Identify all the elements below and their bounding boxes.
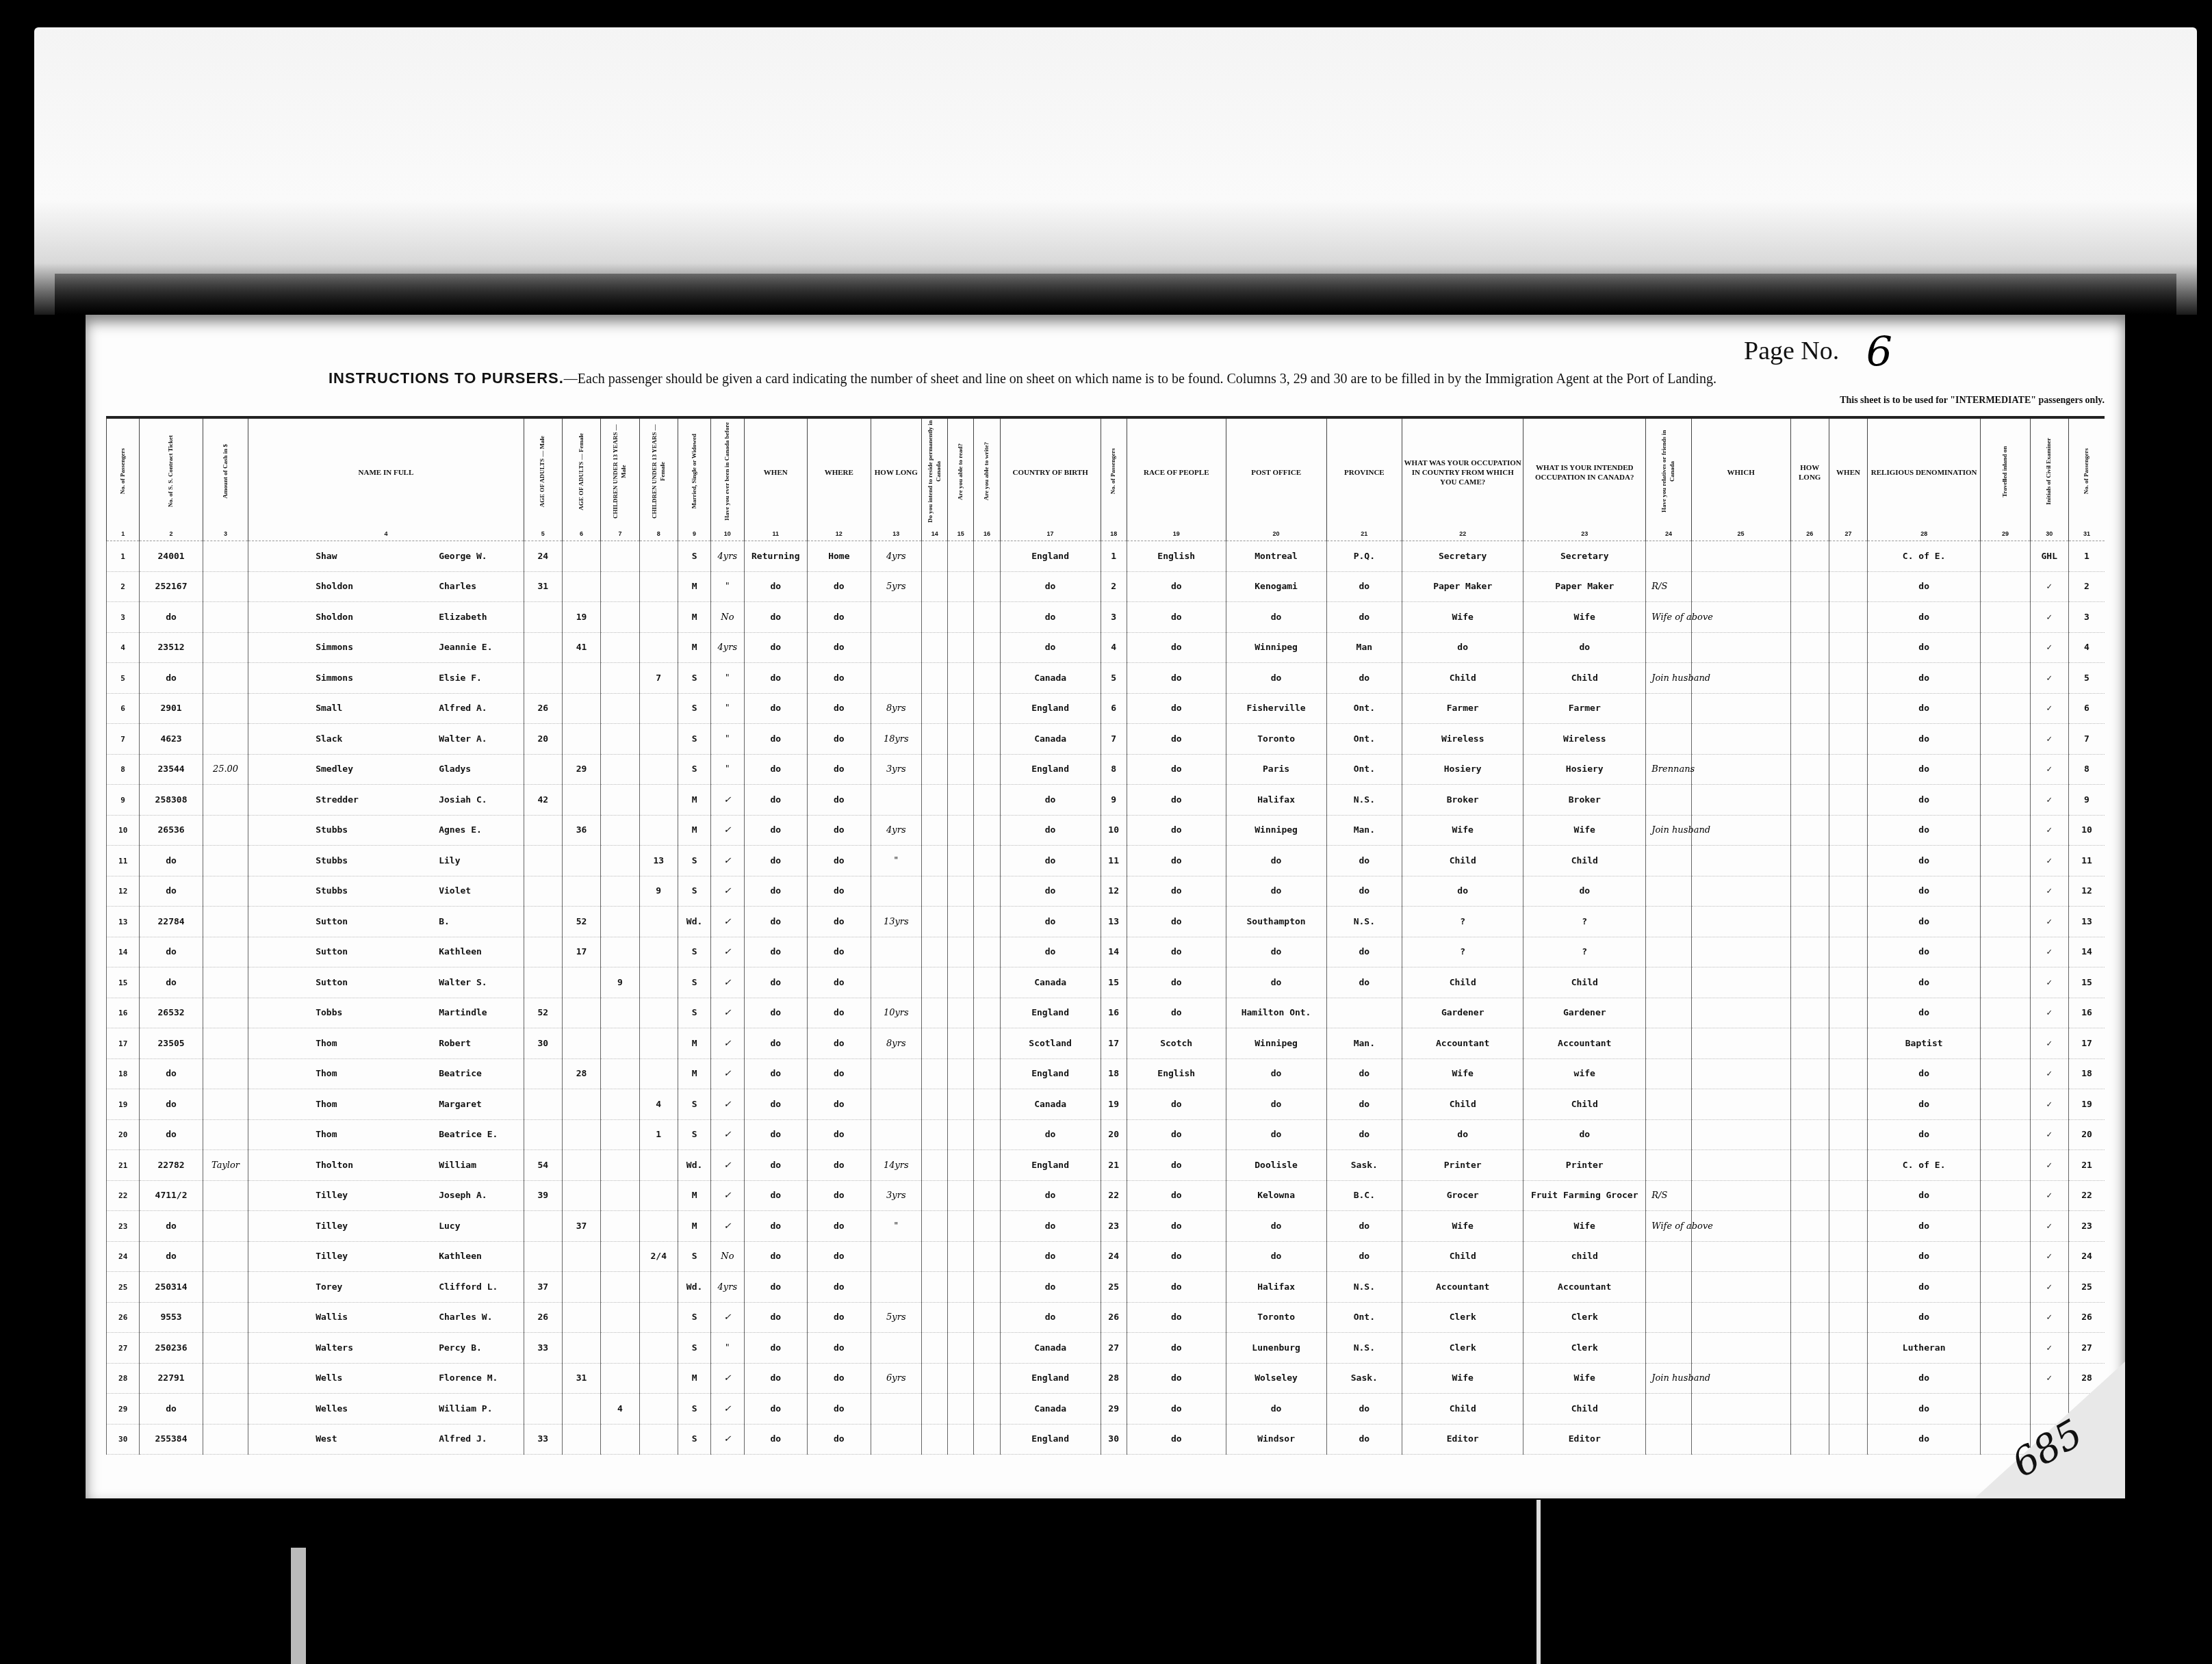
cell-f [562, 1089, 600, 1120]
cell-prov: do [1326, 967, 1402, 998]
cell-c26 [1790, 785, 1829, 816]
cell-c29 [1981, 571, 2030, 602]
cell-howlong [871, 937, 921, 967]
cell-c18: 21 [1101, 1150, 1127, 1181]
cell-c25 [1691, 876, 1790, 907]
cell-c26 [1790, 1180, 1829, 1211]
cell-ticket: 26536 [140, 815, 203, 846]
cell-c16 [974, 1272, 1000, 1303]
cell-cash [203, 876, 248, 907]
column-header-22: WHAT WAS YOUR OCCUPATION IN COUNTRY FROM… [1402, 419, 1523, 527]
cell-howlong: 6yrs [871, 1363, 921, 1394]
cell-remark [1646, 724, 1691, 755]
cell-religion: do [1868, 1363, 1981, 1394]
cell-c18: 18 [1101, 1058, 1127, 1089]
cell-c18: 16 [1101, 998, 1127, 1028]
cell-examiner: ✓ [2030, 663, 2068, 694]
cell-religion: do [1868, 1394, 1981, 1425]
cell-c25 [1691, 1241, 1790, 1272]
cell-no: 1 [107, 541, 140, 572]
cell-c27 [1829, 1241, 1867, 1272]
column-header-14: Do you intend to reside permanently in C… [922, 419, 948, 527]
cell-c29 [1981, 1211, 2030, 1242]
cell-c31: 7 [2068, 724, 2105, 755]
cell-m [524, 632, 562, 663]
column-header-19: RACE OF PEOPLE [1127, 419, 1226, 527]
cell-religion: do [1868, 602, 1981, 633]
cell-race: do [1127, 1150, 1226, 1181]
given-name: Elizabeth [439, 612, 487, 623]
cell-post: do [1226, 663, 1326, 694]
column-number: 9 [678, 527, 710, 541]
cell-post: do [1226, 1241, 1326, 1272]
cell-cf [639, 1363, 678, 1394]
cell-where: do [808, 907, 871, 937]
cell-c31: 14 [2068, 937, 2105, 967]
cell-c27 [1829, 1028, 1867, 1059]
cell-where: do [808, 1241, 871, 1272]
cell-post: Fisherville [1226, 693, 1326, 724]
cell-c16 [974, 1424, 1000, 1455]
cell-before: ✓ [711, 1119, 744, 1150]
cell-c16 [974, 846, 1000, 876]
cell-howlong: 5yrs [871, 571, 921, 602]
cell-ticket: 250236 [140, 1333, 203, 1364]
cell-before: ✓ [711, 998, 744, 1028]
cell-status: M [678, 632, 710, 663]
cell-occ_to: Farmer [1523, 693, 1646, 724]
cell-c16 [974, 1241, 1000, 1272]
cell-c14 [922, 1302, 948, 1333]
cell-occ_from: Farmer [1402, 693, 1523, 724]
cell-cm [601, 1424, 639, 1455]
given-name: Lily [439, 856, 460, 866]
cell-cash [203, 724, 248, 755]
column-number: 3 [203, 527, 248, 541]
cell-religion: do [1868, 1119, 1981, 1150]
cell-status: S [678, 846, 710, 876]
cell-cm [601, 937, 639, 967]
cell-country: England [1000, 1363, 1101, 1394]
cell-c27 [1829, 1333, 1867, 1364]
cell-name: SimmonsJeannie E. [248, 632, 524, 663]
surname: Slack [254, 734, 439, 744]
cell-name: ShawGeorge W. [248, 541, 524, 572]
intermediate-note: This sheet is to be used for "INTERMEDIA… [1840, 395, 2105, 406]
cell-status: M [678, 1058, 710, 1089]
cell-examiner: ✓ [2030, 632, 2068, 663]
cell-cm [601, 754, 639, 785]
cell-when: do [744, 876, 808, 907]
cell-c29 [1981, 602, 2030, 633]
cell-occ_from: Broker [1402, 785, 1523, 816]
cell-occ_to: do [1523, 876, 1646, 907]
cell-religion: do [1868, 907, 1981, 937]
cell-cf: 7 [639, 663, 678, 694]
cell-c14 [922, 876, 948, 907]
passenger-row: 1626532TobbsMartindle52S✓dodo10yrsEnglan… [107, 998, 2105, 1028]
cell-m: 26 [524, 1302, 562, 1333]
cell-c25 [1691, 541, 1790, 572]
cell-f: 29 [562, 754, 600, 785]
cell-m [524, 1241, 562, 1272]
cell-occ_to: Paper Maker [1523, 571, 1646, 602]
cell-c26 [1790, 998, 1829, 1028]
cell-no: 24 [107, 1241, 140, 1272]
cell-religion: C. of E. [1868, 541, 1981, 572]
cell-no: 19 [107, 1089, 140, 1120]
cell-cash [203, 785, 248, 816]
surname: Stubbs [254, 856, 439, 866]
cell-country: do [1000, 1302, 1101, 1333]
cell-race: do [1127, 1302, 1226, 1333]
cell-occ_from: Wife [1402, 602, 1523, 633]
cell-before: No [711, 602, 744, 633]
cell-post: do [1226, 937, 1326, 967]
cell-examiner: ✓ [2030, 907, 2068, 937]
cell-prov: do [1326, 1241, 1402, 1272]
cell-ticket: 22784 [140, 907, 203, 937]
cell-c31: 8 [2068, 754, 2105, 785]
cell-c26 [1790, 1058, 1829, 1089]
cell-no: 9 [107, 785, 140, 816]
cell-c14 [922, 632, 948, 663]
cell-c27 [1829, 724, 1867, 755]
cell-m [524, 937, 562, 967]
column-header-30: Initials of Civil Examiner [2030, 419, 2068, 527]
column-number: 10 [711, 527, 744, 541]
cell-f [562, 1333, 600, 1364]
cell-cf [639, 1272, 678, 1303]
cell-examiner: ✓ [2030, 967, 2068, 998]
cell-c15 [948, 1333, 974, 1364]
cell-c27 [1829, 632, 1867, 663]
cell-no: 6 [107, 693, 140, 724]
cell-c26 [1790, 1089, 1829, 1120]
cell-remark: Join husband [1646, 663, 1691, 694]
cell-occ_to: Broker [1523, 785, 1646, 816]
cell-occ_from: Accountant [1402, 1028, 1523, 1059]
cell-c31: 18 [2068, 1058, 2105, 1089]
cell-occ_to: Secretary [1523, 541, 1646, 572]
cell-cash: Taylor [203, 1150, 248, 1181]
cell-before: ✓ [711, 1424, 744, 1455]
cell-m: 26 [524, 693, 562, 724]
cell-c31: 10 [2068, 815, 2105, 846]
cell-c31: 9 [2068, 785, 2105, 816]
cell-remark [1646, 1150, 1691, 1181]
cell-post: Doolisle [1226, 1150, 1326, 1181]
cell-c25 [1691, 632, 1790, 663]
cell-remark [1646, 907, 1691, 937]
cell-cash [203, 846, 248, 876]
cell-m: 52 [524, 998, 562, 1028]
cell-c18: 30 [1101, 1424, 1127, 1455]
cell-race: do [1127, 846, 1226, 876]
cell-c14 [922, 1241, 948, 1272]
cell-status: S [678, 1089, 710, 1120]
cell-cm [601, 541, 639, 572]
cell-religion: do [1868, 876, 1981, 907]
cell-before: 4yrs [711, 541, 744, 572]
cell-prov: do [1326, 602, 1402, 633]
cell-remark [1646, 1119, 1691, 1150]
cell-prov: do [1326, 846, 1402, 876]
cell-c29 [1981, 937, 2030, 967]
cell-name: StredderJosiah C. [248, 785, 524, 816]
cell-ticket: 22782 [140, 1150, 203, 1181]
cell-f [562, 1241, 600, 1272]
cell-c16 [974, 998, 1000, 1028]
cell-when: Returning [744, 541, 808, 572]
cell-c16 [974, 1119, 1000, 1150]
cell-howlong [871, 632, 921, 663]
cell-c18: 24 [1101, 1241, 1127, 1272]
cell-m: 39 [524, 1180, 562, 1211]
cell-f [562, 785, 600, 816]
cell-occ_from: Editor [1402, 1424, 1523, 1455]
cell-prov: Ont. [1326, 724, 1402, 755]
cell-c26 [1790, 1333, 1829, 1364]
cell-cf [639, 1424, 678, 1455]
cell-c14 [922, 1058, 948, 1089]
passenger-row: 30255384WestAlfred J.33S✓dodoEngland30do… [107, 1424, 2105, 1455]
cell-ticket: 4711/2 [140, 1180, 203, 1211]
passenger-row: 19doThomMargaret4S✓dodoCanada19dododoChi… [107, 1089, 2105, 1120]
cell-religion: Baptist [1868, 1028, 1981, 1059]
cell-c27 [1829, 663, 1867, 694]
cell-cm [601, 1363, 639, 1394]
cell-cf [639, 967, 678, 998]
cell-prov: Ont. [1326, 693, 1402, 724]
cell-prov: do [1326, 876, 1402, 907]
column-number: 30 [2030, 527, 2068, 541]
cell-c14 [922, 602, 948, 633]
cell-where: do [808, 1089, 871, 1120]
cell-cf [639, 1150, 678, 1181]
cell-c26 [1790, 693, 1829, 724]
passenger-row: 27250236WaltersPercy B.33S"dodoCanada27d… [107, 1333, 2105, 1364]
passenger-row: 23doTilleyLucy37M✓dodo"do23dododoWifeWif… [107, 1211, 2105, 1242]
cell-m: 24 [524, 541, 562, 572]
cell-c18: 2 [1101, 571, 1127, 602]
cell-c31: 19 [2068, 1089, 2105, 1120]
cell-before: " [711, 1333, 744, 1364]
cell-no: 16 [107, 998, 140, 1028]
column-number: 22 [1402, 527, 1523, 541]
cell-religion: do [1868, 785, 1981, 816]
cell-before: ✓ [711, 1363, 744, 1394]
cell-ticket: 22791 [140, 1363, 203, 1394]
given-name: Josiah C. [439, 795, 487, 805]
passenger-row: 1026536StubbsAgnes E.36M✓dodo4yrsdo10doW… [107, 815, 2105, 846]
cell-when: do [744, 846, 808, 876]
cell-cm [601, 1272, 639, 1303]
cell-c29 [1981, 876, 2030, 907]
cell-no: 13 [107, 907, 140, 937]
cell-c27 [1829, 541, 1867, 572]
cell-remark [1646, 632, 1691, 663]
cell-c15 [948, 1302, 974, 1333]
cell-c31: 25 [2068, 1272, 2105, 1303]
cell-examiner: ✓ [2030, 1241, 2068, 1272]
cell-occ_to: wife [1523, 1058, 1646, 1089]
passenger-row: 1723505ThomRobert30M✓dodo8yrsScotland17S… [107, 1028, 2105, 1059]
cell-occ_to: Clerk [1523, 1302, 1646, 1333]
column-header-17: COUNTRY OF BIRTH [1000, 419, 1101, 527]
cell-occ_to: Wireless [1523, 724, 1646, 755]
cell-when: do [744, 754, 808, 785]
surname: Tilley [254, 1221, 439, 1232]
cell-where: do [808, 846, 871, 876]
cell-c18: 29 [1101, 1394, 1127, 1425]
cell-c14 [922, 785, 948, 816]
cell-no: 28 [107, 1363, 140, 1394]
cell-m [524, 1363, 562, 1394]
cell-before: ✓ [711, 1211, 744, 1242]
cell-c25 [1691, 1089, 1790, 1120]
cell-religion: do [1868, 1089, 1981, 1120]
cell-religion: do [1868, 967, 1981, 998]
cell-post: Kelowna [1226, 1180, 1326, 1211]
cell-country: England [1000, 998, 1101, 1028]
cell-where: do [808, 1272, 871, 1303]
cell-c27 [1829, 967, 1867, 998]
cell-c25 [1691, 785, 1790, 816]
cell-c27 [1829, 1089, 1867, 1120]
cell-when: do [744, 785, 808, 816]
cell-occ_to: Printer [1523, 1150, 1646, 1181]
cell-f: 52 [562, 907, 600, 937]
cell-cm [601, 1150, 639, 1181]
cell-howlong [871, 1241, 921, 1272]
cell-name: SlackWalter A. [248, 724, 524, 755]
surname: Wells [254, 1373, 439, 1383]
cell-howlong: 8yrs [871, 693, 921, 724]
column-number: 29 [1981, 527, 2030, 541]
cell-c31: 15 [2068, 967, 2105, 998]
cell-c27 [1829, 1363, 1867, 1394]
cell-c14 [922, 1211, 948, 1242]
cell-name: ThomBeatrice [248, 1058, 524, 1089]
cell-before: " [711, 663, 744, 694]
cell-where: do [808, 1119, 871, 1150]
cell-cm: 9 [601, 967, 639, 998]
cell-ticket: 23505 [140, 1028, 203, 1059]
cell-status: M [678, 571, 710, 602]
passenger-row: 29doWellesWilliam P.4S✓dodoCanada29dodod… [107, 1394, 2105, 1425]
cell-c29 [1981, 1058, 2030, 1089]
cell-country: do [1000, 602, 1101, 633]
cell-f [562, 1180, 600, 1211]
surname: Stubbs [254, 825, 439, 835]
cell-ticket: 24001 [140, 541, 203, 572]
cell-c26 [1790, 541, 1829, 572]
cell-where: do [808, 1211, 871, 1242]
cell-post: Winnipeg [1226, 1028, 1326, 1059]
cell-ticket: 255384 [140, 1424, 203, 1455]
cell-c14 [922, 815, 948, 846]
cell-occ_to: Wife [1523, 1363, 1646, 1394]
given-name: Walter S. [439, 978, 487, 988]
cell-ticket: do [140, 1119, 203, 1150]
cell-cm [601, 632, 639, 663]
cell-m [524, 1058, 562, 1089]
cell-cf [639, 937, 678, 967]
cell-race: do [1127, 754, 1226, 785]
cell-where: do [808, 693, 871, 724]
page-number-value: 6 [1866, 328, 1892, 376]
cell-status: S [678, 1424, 710, 1455]
cell-cash: 25.00 [203, 754, 248, 785]
cell-c14 [922, 846, 948, 876]
cell-c31: 11 [2068, 846, 2105, 876]
cell-where: do [808, 815, 871, 846]
cell-cf [639, 815, 678, 846]
cell-religion: do [1868, 693, 1981, 724]
cell-country: Canada [1000, 967, 1101, 998]
column-header-15: Are you able to read? [948, 419, 974, 527]
cell-f [562, 1424, 600, 1455]
cell-f [562, 1028, 600, 1059]
cell-occ_to: Gardener [1523, 998, 1646, 1028]
cell-cm [601, 1119, 639, 1150]
cell-f [562, 663, 600, 694]
cell-name: SimmonsElsie F. [248, 663, 524, 694]
cell-occ_from: Child [1402, 1394, 1523, 1425]
cell-c29 [1981, 998, 2030, 1028]
cell-status: M [678, 1211, 710, 1242]
cell-c26 [1790, 724, 1829, 755]
cell-c18: 19 [1101, 1089, 1127, 1120]
cell-when: do [744, 1150, 808, 1181]
cell-before: ✓ [711, 937, 744, 967]
cell-name: WellesWilliam P. [248, 1394, 524, 1425]
cell-prov: do [1326, 1424, 1402, 1455]
cell-c16 [974, 1028, 1000, 1059]
cell-no: 5 [107, 663, 140, 694]
cell-c26 [1790, 846, 1829, 876]
surname: Sholdon [254, 582, 439, 592]
cell-c16 [974, 785, 1000, 816]
given-name: George W. [439, 551, 487, 562]
passenger-row: 25250314ToreyClifford L.37Wd.4yrsdododo2… [107, 1272, 2105, 1303]
cell-cm [601, 998, 639, 1028]
given-name: Charles [439, 582, 476, 592]
cell-c15 [948, 663, 974, 694]
cell-when: do [744, 1058, 808, 1089]
cell-prov [1326, 998, 1402, 1028]
cell-c25 [1691, 846, 1790, 876]
cell-f [562, 724, 600, 755]
column-header-21: PROVINCE [1326, 419, 1402, 527]
cell-remark [1646, 541, 1691, 572]
cell-c16 [974, 754, 1000, 785]
cell-examiner: ✓ [2030, 1180, 2068, 1211]
cell-religion: do [1868, 724, 1981, 755]
cell-cf [639, 1058, 678, 1089]
cell-cf [639, 541, 678, 572]
cell-c31: 4 [2068, 632, 2105, 663]
cell-ticket: 4623 [140, 724, 203, 755]
page-fold-shadow [55, 274, 2176, 315]
cell-status: S [678, 876, 710, 907]
cell-examiner: ✓ [2030, 724, 2068, 755]
cell-occ_to: do [1523, 1119, 1646, 1150]
cell-f [562, 1272, 600, 1303]
column-header-1: No. of Passengers [107, 419, 140, 527]
cell-where: do [808, 876, 871, 907]
